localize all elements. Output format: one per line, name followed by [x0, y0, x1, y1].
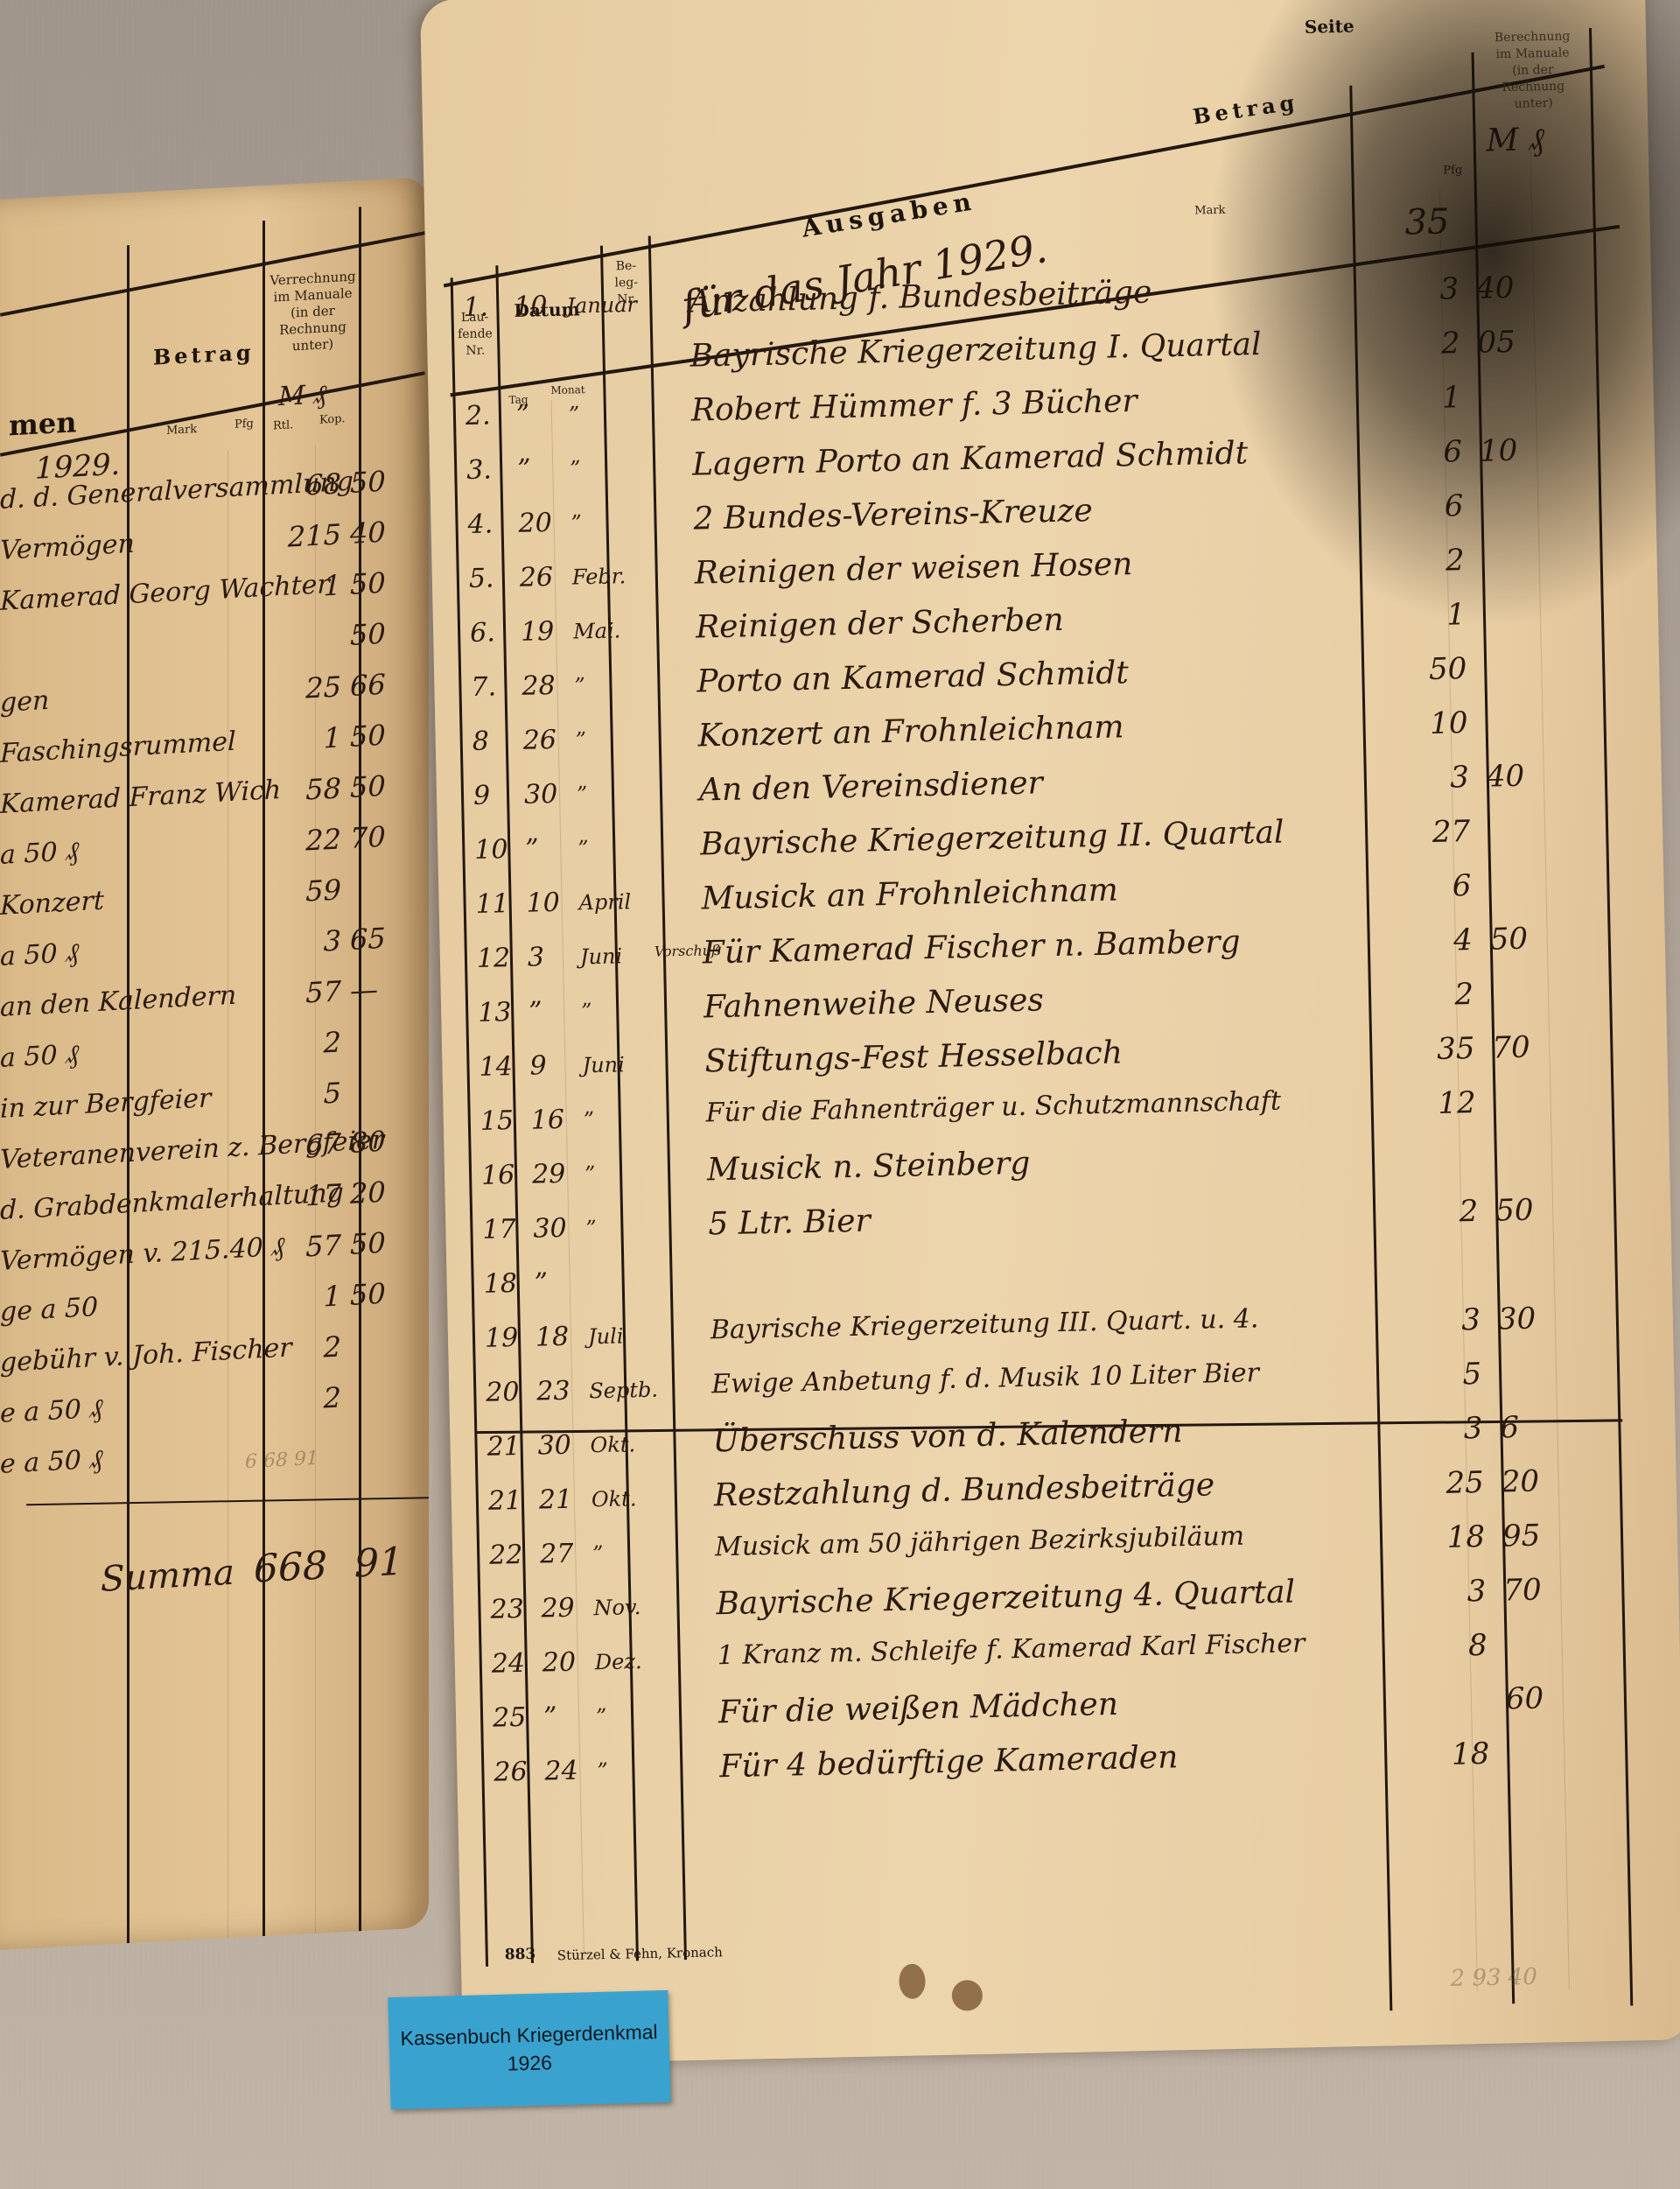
row-nr: 7. — [471, 671, 496, 703]
row-mark: 1 — [262, 720, 341, 758]
row-tag: 10 — [526, 888, 560, 919]
museum-label-card: Kassenbuch Kriegerdenkmal 1926 — [388, 1990, 670, 2109]
row-tag: 27 — [540, 1539, 574, 1570]
row-nr: 1. — [463, 291, 488, 323]
row-description: Kamerad Franz Wich — [0, 775, 281, 820]
row-mark: 58 — [262, 771, 341, 809]
row-pf: 50 — [350, 1226, 386, 1261]
row-mark: 2 — [1403, 543, 1465, 579]
row-mark: 5 — [262, 1076, 341, 1113]
row-mark: 25 — [1422, 1465, 1484, 1501]
row-mark: 12 — [1414, 1085, 1476, 1121]
row-pf: 20 — [350, 1175, 386, 1210]
row-monat: ” — [570, 510, 582, 535]
row-pf: 50 — [1489, 922, 1528, 958]
row-nr: 4. — [467, 509, 493, 540]
row-nr: 6. — [470, 617, 495, 649]
row-description: Konzert — [0, 886, 104, 922]
row-monat: Juni — [580, 944, 623, 969]
row-pf: 70 — [350, 820, 386, 855]
row-description: e a 50 ₰ — [0, 1444, 102, 1480]
row-monat: Mai. — [573, 618, 621, 643]
row-mark: 10 — [1406, 705, 1468, 741]
row-tag: 24 — [544, 1756, 578, 1787]
row-description: ge a 50 — [0, 1292, 98, 1328]
row-pf: 40 — [1486, 759, 1524, 795]
row-mark — [1416, 1140, 1477, 1140]
row-nr: 24 — [491, 1648, 525, 1680]
row-mark: 67 — [262, 1126, 341, 1164]
row-tag: ” — [528, 996, 542, 1027]
row-nr: 18 — [483, 1268, 517, 1300]
pencil-total: 6 68 91 — [245, 1448, 318, 1473]
row-mark: 1 — [1404, 597, 1466, 633]
row-nr: 8 — [472, 726, 489, 757]
row-mark: 18 — [1424, 1519, 1486, 1555]
row-nr: 2. — [465, 400, 491, 431]
row-tag: ” — [525, 833, 539, 864]
row-tag: 20 — [518, 508, 552, 539]
row-monat: Nov. — [593, 1595, 640, 1620]
row-description: Für die weißen Mädchen — [718, 1687, 1119, 1731]
label-title: Kassenbuch Kriegerdenkmal — [388, 2020, 669, 2051]
row-description: 2 Bundes-Vereins-Kreuze — [693, 493, 1093, 537]
row-description: an den Kalendern — [0, 980, 236, 1023]
row-nr: 3. — [466, 454, 492, 486]
row-monat: ” — [577, 782, 588, 806]
row-mark: 3 — [1397, 271, 1459, 307]
row-pf: 66 — [350, 668, 386, 703]
section-title-fragment: men — [9, 405, 76, 442]
ausgaben-title: Ausgaben — [800, 186, 978, 243]
row-nr: 21 — [488, 1485, 522, 1517]
row-mark — [1417, 1248, 1479, 1249]
kop-subheader: Kop. — [319, 410, 346, 429]
row-description: Überschuss von d. Kalendern — [712, 1414, 1183, 1459]
row-pf: 50 — [350, 566, 386, 601]
row-mark: 2 — [1398, 326, 1460, 361]
row-tag: ” — [516, 399, 530, 430]
row-mark: 18 — [1428, 1736, 1490, 1772]
rtl-subheader: Rtl. — [273, 417, 293, 434]
row-mark: 17 — [262, 1177, 341, 1215]
verrechnung-line: unter) — [267, 334, 359, 356]
row-description: Musick am 50 jährigen Bezirksjubiläum — [715, 1521, 1245, 1563]
summa-label: Summa — [101, 1553, 234, 1600]
row-description: Robert Hümmer f. 3 Bücher — [690, 383, 1137, 429]
row-tag: 30 — [533, 1213, 567, 1245]
row-monat: ” — [569, 402, 580, 426]
row-description: Vermögen — [0, 529, 135, 566]
row-description: Faschingsrummel — [0, 726, 236, 769]
row-tag: ” — [534, 1267, 548, 1298]
row-description: Fahnenweihe Neuses — [703, 982, 1044, 1025]
row-monat: ” — [581, 999, 592, 1023]
form-number: 883 — [505, 1946, 536, 1964]
row-mark — [1427, 1682, 1488, 1683]
row-description: Musick an Frohnleichnam — [701, 873, 1118, 917]
row-mark: 27 — [1409, 814, 1471, 850]
verrechnung-header: Berechnung im Manuale (in der Rechnung u… — [1480, 28, 1586, 113]
row-mark: 6 — [1401, 434, 1463, 470]
row-pf: 50 — [350, 769, 386, 804]
mark-subheader: Mark — [166, 421, 197, 439]
row-pf: 50 — [350, 1277, 386, 1312]
row-mark: 3 — [1407, 760, 1469, 796]
pfg-subheader: Pfg — [234, 416, 254, 433]
left-page-income: men 1929. Betrag Mark Pfg Verrechnung im… — [0, 177, 429, 1950]
row-pf: 10 — [1480, 433, 1518, 469]
row-tag: 18 — [535, 1322, 570, 1353]
row-pf: 70 — [1492, 1030, 1530, 1066]
row-nr: 14 — [479, 1051, 513, 1083]
row-monat: ” — [597, 1758, 608, 1783]
row-description: Für die Fahnenträger u. Schutzmannschaft — [705, 1086, 1281, 1129]
row-pf: 50 — [350, 719, 386, 754]
row-pf: 40 — [350, 516, 386, 551]
row-mark: 5 — [1420, 1357, 1482, 1393]
row-mark: 3 — [1424, 1574, 1487, 1610]
verrechnung-line: Berechnung — [1480, 28, 1585, 47]
verrechnung-line: im Manuale — [1480, 45, 1585, 64]
row-pf: 95 — [1502, 1519, 1541, 1554]
row-description: a 50 ₰ — [0, 836, 79, 871]
row-mark: 2 — [1412, 977, 1474, 1013]
row-nr: 19 — [485, 1323, 519, 1354]
row-monat: ” — [577, 836, 589, 860]
row-description: An den Vereinsdiener — [699, 765, 1044, 808]
row-mark: 35 — [1413, 1031, 1475, 1067]
verrechnung-header: Verrechnung im Manuale (in der Rechnung … — [267, 268, 359, 356]
row-mark: 57 — [262, 974, 341, 1012]
row-pf: 60 — [1506, 1681, 1544, 1717]
row-monat: Okt. — [590, 1432, 635, 1457]
row-nr: 13 — [478, 997, 512, 1028]
row-description: e a 50 ₰ — [0, 1393, 102, 1429]
row-description: Bayrische Kriegerzeitung III. Quart. u. … — [710, 1303, 1259, 1345]
row-pf: 20 — [1501, 1464, 1539, 1500]
carry-over-mark: 35 — [1404, 201, 1450, 242]
row-tag: 20 — [542, 1647, 576, 1679]
handwritten-units: M ₰ — [278, 379, 326, 412]
row-mark: 8 — [1425, 1628, 1487, 1664]
row-mark: 50 — [1405, 651, 1467, 687]
row-description: Reinigen der weisen Hosen — [694, 546, 1132, 591]
row-description: gen — [0, 685, 49, 719]
row-mark: 57 — [262, 1228, 341, 1266]
row-mark — [262, 619, 341, 623]
summa-mark: 668 — [254, 1543, 327, 1591]
row-description: Stiftungs-Fest Hesselbach — [704, 1035, 1123, 1079]
row-mark: 3 — [1421, 1411, 1483, 1447]
row-tag: ” — [517, 453, 531, 484]
row-pf: 30 — [1497, 1301, 1536, 1337]
row-mark: 2 — [262, 1330, 341, 1367]
verrechnung-line: unter) — [1481, 95, 1586, 114]
row-mark: 215 — [262, 517, 341, 555]
row-nr: 10 — [474, 834, 508, 866]
row-description: Für Kamerad Fischer n. Bamberg — [702, 924, 1241, 972]
row-monat: Okt. — [591, 1486, 637, 1512]
row-description: Porto an Kamerad Schmidt — [696, 655, 1129, 699]
row-tag: 26 — [519, 562, 553, 593]
row-monat: Januar — [566, 292, 637, 319]
row-monat: ” — [585, 1216, 597, 1240]
row-pf: 70 — [1503, 1573, 1542, 1609]
row-mark: 25 — [262, 670, 341, 707]
row-description: in zur Bergfeier — [0, 1083, 211, 1125]
handwritten-units: M ₰ — [1486, 121, 1544, 158]
row-mark: 1 — [1399, 380, 1461, 416]
row-nr: 16 — [481, 1160, 515, 1191]
row-tag: 23 — [536, 1376, 570, 1407]
row-nr: 21 — [486, 1431, 521, 1463]
row-nr: 5. — [468, 563, 493, 594]
row-monat: ” — [584, 1107, 595, 1132]
row-description: 5 Ltr. Bier — [708, 1203, 871, 1243]
row-tag: 30 — [537, 1430, 571, 1462]
row-tag: 16 — [530, 1105, 564, 1136]
row-tag: ” — [543, 1701, 557, 1732]
row-tag: 29 — [541, 1593, 575, 1624]
row-pf: 50 — [350, 465, 386, 500]
row-description: Musick n. Steinberg — [707, 1146, 1031, 1189]
row-monat: Juli — [588, 1323, 624, 1349]
row-nr: 22 — [489, 1540, 523, 1571]
row-pf: 50 — [1495, 1193, 1534, 1229]
row-mark: 1 — [262, 1279, 341, 1316]
row-description: Restzahlung d. Bundesbeiträge — [713, 1467, 1214, 1513]
row-monat: Septb. — [589, 1378, 658, 1404]
row-pf: 6 — [1500, 1410, 1519, 1445]
row-monat: Febr. — [572, 564, 626, 589]
row-mark: 2 — [1417, 1194, 1479, 1230]
row-monat: ” — [584, 1161, 596, 1186]
row-description: Für 4 bedürftige Kameraden — [719, 1739, 1179, 1785]
header-line: Be- — [605, 258, 647, 276]
row-nr: 17 — [482, 1214, 516, 1245]
row-pf: 40 — [1476, 270, 1515, 306]
label-year: 1926 — [389, 2048, 670, 2079]
row-nr: 23 — [490, 1594, 524, 1625]
row-tag: 3 — [528, 942, 545, 972]
row-nr: 26 — [493, 1757, 528, 1788]
row-nr: 20 — [486, 1377, 520, 1408]
row-tag: 19 — [521, 616, 555, 648]
row-monat: Juni — [582, 1052, 625, 1077]
row-description: Bayrische Kriegerzeitung II. Quartal — [700, 815, 1284, 863]
row-monat: Dez. — [595, 1649, 642, 1674]
row-description: a 50 ₰ — [0, 1039, 79, 1074]
row-mark: 59 — [262, 873, 341, 910]
row-description: Vermögen v. 215.40 ₰ — [0, 1231, 284, 1277]
mark-subheader: Mark — [1194, 202, 1226, 220]
row-description: gebühr v. Joh. Fischer — [0, 1332, 292, 1378]
verrechnung-line: Rechnung — [1480, 78, 1585, 97]
row-mark: 1 — [262, 568, 341, 606]
row-description: Konzert an Frohnleichnam — [697, 709, 1124, 754]
row-nr: 25 — [493, 1702, 527, 1734]
row-tag: 21 — [539, 1484, 573, 1516]
pencil-total: 2 93 40 — [1450, 1964, 1537, 1992]
printer-imprint: Stürzel & Fehn, Kronach — [557, 1944, 723, 1963]
row-description: Reinigen der Scherben — [696, 602, 1064, 646]
row-mark: 2 — [262, 1025, 341, 1063]
row-pf: 65 — [350, 922, 386, 957]
row-nr: 11 — [475, 888, 509, 920]
row-monat: ” — [592, 1541, 604, 1566]
seite-label: Seite — [1305, 16, 1354, 38]
row-monat: ” — [570, 456, 581, 481]
row-nr: 9 — [473, 781, 491, 811]
row-monat: ” — [596, 1704, 607, 1729]
row-description: Bayrische Kriegerzeitung 4. Quartal — [716, 1574, 1295, 1622]
row-mark: 22 — [262, 822, 341, 859]
row-tag: 30 — [524, 779, 558, 810]
row-pf: — — [350, 972, 378, 1007]
row-tag: 26 — [522, 725, 556, 756]
row-mark: 68 — [262, 467, 341, 504]
ink-stain — [899, 1963, 926, 1999]
verrechnung-line: (in der — [1480, 61, 1585, 81]
row-description: Bayrische Kriegerzeitung I. Quartal — [689, 326, 1262, 375]
pfg-subheader: Pfg — [1443, 162, 1462, 179]
row-mark: 4 — [1410, 923, 1473, 958]
row-description: Anzahlung f. Bundesbeiträge — [689, 275, 1152, 320]
row-mark: 6 — [1402, 488, 1464, 524]
row-mark: 3 — [262, 923, 341, 961]
row-mark: 2 — [262, 1380, 341, 1418]
betrag-header: Betrag — [1191, 89, 1300, 130]
row-description: Lagern Porto an Kamerad Schmidt — [692, 435, 1249, 482]
row-mark: 3 — [1418, 1302, 1480, 1338]
row-tag: 10 — [514, 291, 548, 322]
row-mark: 6 — [1410, 868, 1472, 904]
row-monat: April — [578, 889, 631, 915]
row-pf: 05 — [1477, 325, 1515, 361]
row-description: Ewige Anbetung f. d. Musik 10 Liter Bier — [711, 1358, 1259, 1400]
row-pf: 80 — [350, 1125, 386, 1160]
row-nr: 12 — [477, 943, 511, 974]
row-description: 1 Kranz m. Schleife f. Kamerad Karl Fisc… — [717, 1628, 1305, 1671]
row-tag: 29 — [532, 1159, 566, 1190]
row-mark — [262, 1431, 341, 1435]
ink-stain — [952, 1980, 983, 2011]
betrag-header: Betrag — [153, 340, 255, 370]
row-nr: 15 — [479, 1105, 514, 1137]
row-monat: ” — [574, 673, 585, 698]
summa-pf: 91 — [354, 1540, 403, 1587]
row-pf: 50 — [350, 617, 386, 652]
right-page-expenses: Seite Lau- fende Nr. Datum Tag Monat Be-… — [420, 0, 1680, 2065]
row-monat: ” — [575, 727, 586, 752]
row-tag: 28 — [521, 670, 556, 702]
row-tag: 9 — [529, 1050, 547, 1081]
row-description: a 50 ₰ — [0, 937, 79, 972]
